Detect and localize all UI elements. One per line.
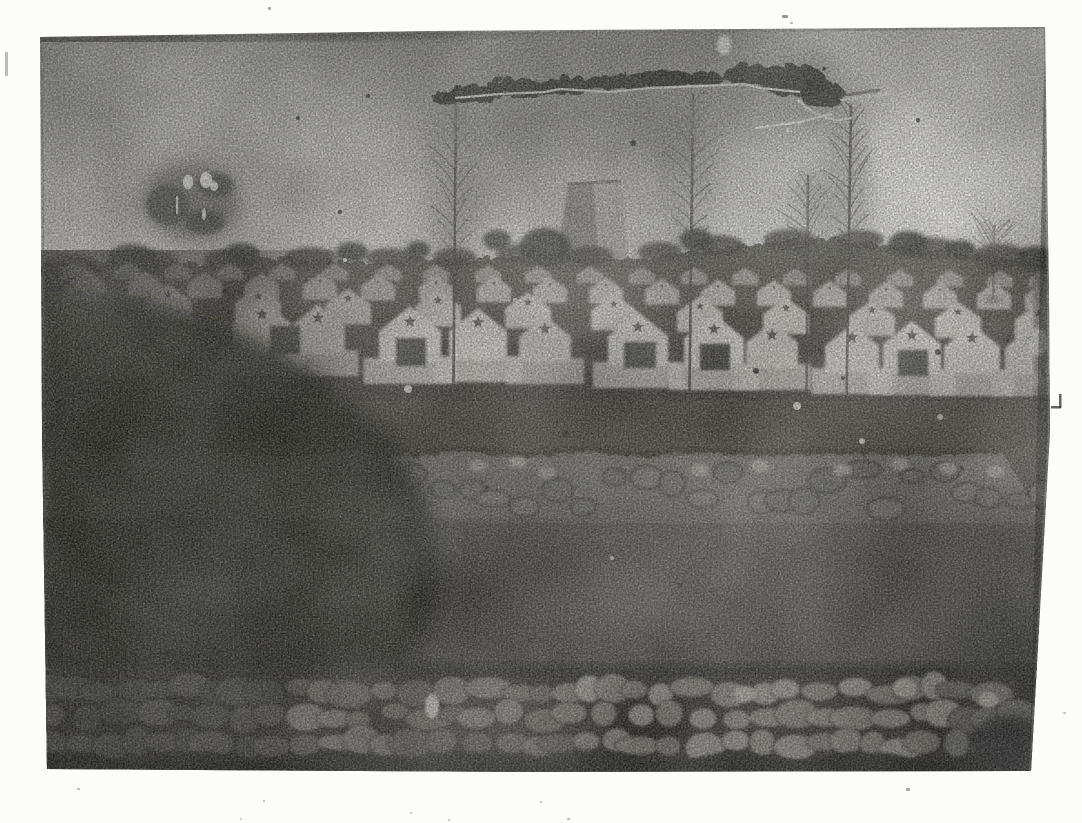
paper-speck <box>906 788 910 791</box>
photo-print <box>35 0 1082 776</box>
corner-bracket-mark <box>1051 406 1061 409</box>
paper-speck <box>540 801 542 803</box>
paper-speck <box>410 812 412 814</box>
archival-photograph <box>0 0 1082 823</box>
paper-speck <box>268 7 271 10</box>
paper-speck <box>240 818 242 820</box>
paper-speck <box>782 15 788 18</box>
film-grain-and-mottle <box>40 26 1051 773</box>
paper-speck <box>263 800 265 802</box>
paper-speck <box>5 52 8 76</box>
vignette <box>40 26 1051 773</box>
paper-speck <box>790 22 793 24</box>
paper-speck <box>1063 712 1066 714</box>
paper-speck <box>567 818 570 820</box>
corner-bracket-mark <box>1059 394 1062 408</box>
photo-mount-page: Archival black-and-white photograph: mil… <box>0 0 1082 823</box>
paper-speck <box>77 788 80 790</box>
paper-speck <box>448 819 450 821</box>
